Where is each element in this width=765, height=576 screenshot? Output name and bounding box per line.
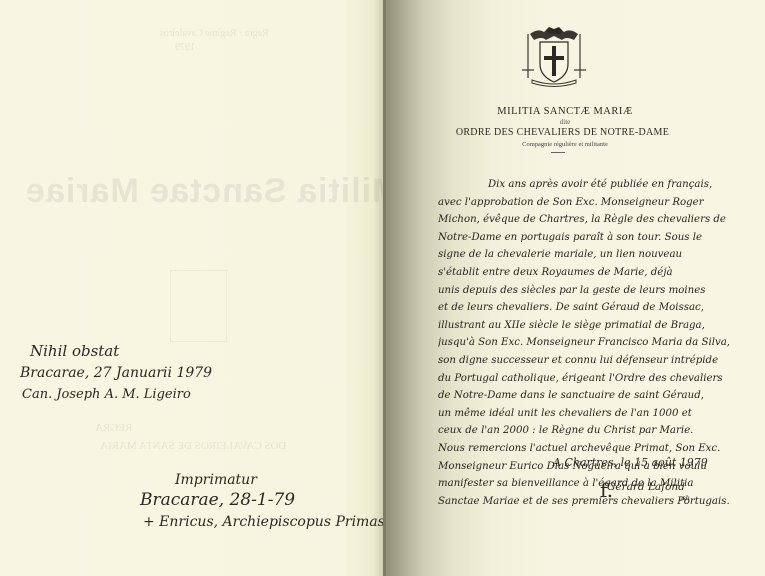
- nihil-obstat-heading: Nihil obstat: [30, 342, 119, 360]
- nihil-obstat-signatory: Can. Joseph A. M. Ligeiro: [22, 387, 191, 402]
- imprimatur-signatory: + Enricus, Archiepiscopus Primas: [143, 514, 385, 530]
- show-through-emblem-icon: [170, 270, 227, 342]
- letter-line: Notre-Dame en portugais paraît à son tou…: [438, 229, 758, 247]
- order-name: ORDRE DES CHEVALIERS DE NOTRE-DAME: [440, 127, 685, 138]
- letter-line: de Notre-Dame dans le sanctuaire de sain…: [438, 387, 758, 405]
- letter-line: du Portugal catholique, érigeant l'Ordre…: [438, 370, 758, 388]
- header-divider: [551, 152, 565, 153]
- book-spread: Regra · Regime Cavaleiros 1979 Militia S…: [0, 0, 765, 576]
- order-dite: dite: [445, 118, 685, 126]
- letter-line: s'établit entre deux Royaumes de Marie, …: [438, 264, 758, 282]
- show-through-top-line: Regra · Regime Cavaleiros: [160, 28, 269, 39]
- letter-line: unis depuis des siècles par la geste de …: [438, 282, 758, 300]
- letter-place-date: A Chartres, le 15 août 1979: [553, 456, 708, 469]
- letter-line: Nous remercions l'actuel archevêque Prim…: [438, 440, 758, 458]
- letter-line: avec l'approbation de Son Exc. Monseigne…: [438, 194, 758, 212]
- imprimatur-heading: Imprimatur: [175, 472, 257, 488]
- coat-of-arms-icon: [516, 26, 592, 90]
- show-through-top-line-2: 1979: [175, 42, 195, 53]
- letter-line: illustrant au XIIe siècle le siège prima…: [438, 317, 758, 335]
- left-page: Regra · Regime Cavaleiros 1979 Militia S…: [0, 0, 385, 576]
- letter-line: signe de la chevalerie mariale, un lien …: [438, 246, 758, 264]
- letter-line: Sanctae Mariae et de ses premiers cheval…: [438, 493, 758, 511]
- signature: Gérard Lafond: [607, 481, 685, 493]
- show-through-title: Militia Sanctae Mariae: [25, 172, 400, 211]
- letter-line: Michon, évêque de Chartres, la Règle des…: [438, 211, 758, 229]
- signature-note: osb: [679, 495, 690, 502]
- order-subtitle: Compagnie régulière et militante: [445, 141, 685, 148]
- letter-line: Dix ans après avoir été publiée en franç…: [438, 176, 758, 194]
- letter-line: et de leurs chevaliers. De saint Géraud …: [438, 299, 758, 317]
- imprimatur-place-date: Bracarae, 28-1-79: [140, 490, 295, 510]
- letter-line: un même idéal unit les chevaliers de l'a…: [438, 405, 758, 423]
- order-title: MILITIA SANCTÆ MARIÆ: [445, 106, 685, 117]
- nihil-obstat-place-date: Bracarae, 27 Januarii 1979: [20, 365, 212, 381]
- book-gutter: [383, 0, 386, 576]
- letter-line: manifester sa bienveillance à l'égard de…: [438, 475, 758, 493]
- letter-line: jusqu'à Son Exc. Monseigneur Francisco M…: [438, 334, 758, 352]
- show-through-lower-line-1: REGRA: [95, 422, 132, 434]
- show-through-lower-line-2: DOS CAVALEIROS DE SANTA MARIA: [100, 440, 286, 452]
- letter-line: son digne successeur et connu lui défens…: [438, 352, 758, 370]
- letter-line: ceux de l'an 2000 : le Règne du Christ p…: [438, 422, 758, 440]
